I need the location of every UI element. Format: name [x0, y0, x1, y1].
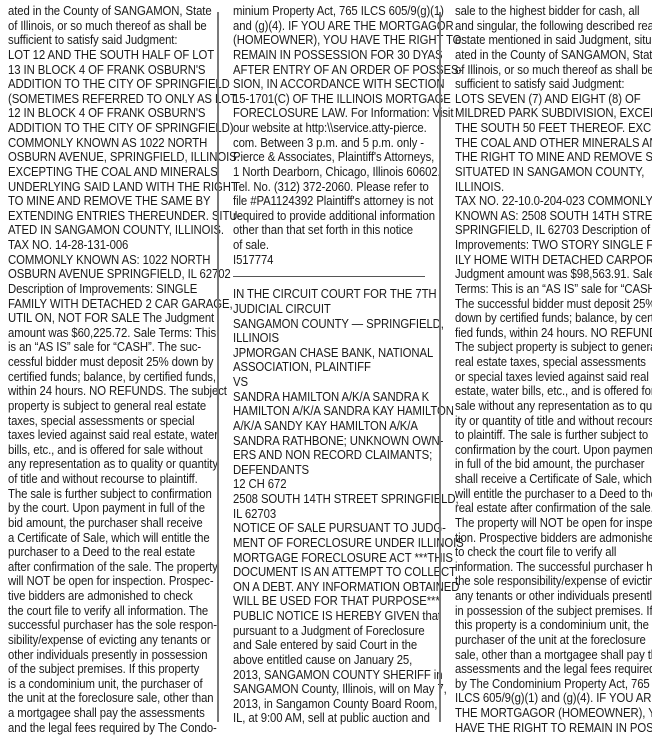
text-line: sufficient to satisfy said Judgment: — [8, 33, 184, 48]
text-line: 1 North Dearborn, Chicago, Illinois 6060… — [233, 165, 409, 180]
text-line: Improvements: TWO STORY SINGLE FAM- — [455, 238, 631, 253]
text-line: HAVE THE RIGHT TO REMAIN IN POSSES- — [455, 721, 631, 736]
text-line: is an “AS IS” sale for “CASH”. The suc- — [8, 340, 184, 355]
text-line: IL, at 9:00 AM, sell at public auction a… — [233, 711, 409, 726]
text-line: 13 IN BLOCK 4 OF FRANK OSBURN'S — [8, 63, 184, 78]
text-line: bills, etc., and is offered for sale wit… — [8, 443, 184, 458]
text-line: tion. Prospective bidders are admonished — [455, 531, 631, 546]
text-line: MENT OF FORECLOSURE UNDER ILLINOIS — [233, 536, 409, 551]
text-line: other than that set forth in this notice — [233, 223, 409, 238]
text-line: above entitled cause on January 25, — [233, 653, 409, 668]
text-line: A/K/A SANDY KAY HAMILTON A/K/A — [233, 419, 409, 434]
text-line: ILLINOIS. — [455, 180, 631, 195]
text-line: a mortgagee shall pay the assessments — [8, 706, 184, 721]
text-line: THE COAL AND OTHER MINERALS AND — [455, 136, 631, 151]
text-line: by The Condominium Property Act, 765 — [455, 677, 631, 692]
text-line: the court file to verify all information… — [8, 604, 184, 619]
text-line: JPMORGAN CHASE BANK, NATIONAL — [233, 346, 409, 361]
text-line: sibility/expense of evicting any tenants… — [8, 633, 184, 648]
text-line: is a condominium unit, the purchaser of — [8, 677, 184, 692]
text-line: Terms: This is an “AS IS” sale for “CASH… — [455, 282, 631, 297]
text-line: required to provide additional informati… — [233, 209, 409, 224]
text-line: The property will NOT be open for inspec… — [455, 516, 631, 531]
text-line: ATED IN SANGAMON COUNTY, ILLINOIS. — [8, 223, 184, 238]
text-line: taxes levied against said real estate, w… — [8, 428, 184, 443]
text-line: sale to the highest bidder for cash, all — [455, 4, 631, 19]
text-line: any representation as to quality or quan… — [8, 457, 184, 472]
text-line: Description of Improvements: SINGLE — [8, 282, 184, 297]
text-line: The successful bidder must deposit 25% — [455, 297, 631, 312]
text-line: will NOT be open for inspection. Prospec… — [8, 574, 184, 589]
text-line: Pierce & Associates, Plaintiff's Attorne… — [233, 150, 409, 165]
text-line: OSBURN AVENUE, SPRINGFIELD, ILLINOIS. — [8, 150, 184, 165]
text-line: shall receive a Certificate of Sale, whi… — [455, 472, 631, 487]
text-line: amount was $60,225.72. Sale Terms: This — [8, 326, 184, 341]
text-line: ated in the County of SANGAMON, State — [455, 48, 631, 63]
text-line: SANGAMON COUNTY — SPRINGFIELD, — [233, 317, 409, 332]
text-line: ERS AND NON RECORD CLAIMANTS; — [233, 448, 409, 463]
text-line: IN THE CIRCUIT COURT FOR THE 7TH — [233, 287, 409, 302]
text-line: will entitle the purchaser to a Deed to … — [455, 487, 631, 502]
column-2: minium Property Act, 765 ILCS 605/9(g)(1… — [233, 4, 438, 726]
text-line: real estate taxes, special assessments — [455, 355, 631, 370]
text-line: real estate after confirmation of the sa… — [455, 501, 631, 516]
text-line: NOTICE OF SALE PURSUANT TO JUDG- — [233, 521, 409, 536]
text-line: SITUATED IN SANGAMON COUNTY, — [455, 165, 631, 180]
text-line: a Certificate of Sale, which will entitl… — [8, 531, 184, 546]
text-line: IL 62703 — [233, 507, 409, 522]
text-line: DOCUMENT IS AN ATTEMPT TO COLLECT — [233, 565, 409, 580]
text-line: FAMILY WITH DETACHED 2 CAR GARAGE, — [8, 297, 184, 312]
text-line: 2508 SOUTH 14TH STREET SPRINGFIELD, — [233, 492, 409, 507]
text-line: Tel. No. (312) 372-2060. Please refer to — [233, 180, 409, 195]
text-line: ASSOCIATION, PLAINTIFF — [233, 360, 409, 375]
text-line: VS — [233, 375, 409, 390]
text-line: ated in the County of SANGAMON, State — [8, 4, 184, 19]
text-line: The sale is further subject to confirmat… — [8, 487, 184, 502]
text-line: taxes, special assessments or special — [8, 414, 184, 429]
text-line: I517774 — [233, 253, 409, 268]
text-line: bid amount, the purchaser shall receive — [8, 516, 184, 531]
text-line: cessful bidder must deposit 25% down by — [8, 355, 184, 370]
text-line: MORTGAGE FORECLOSURE ACT ***THIS — [233, 551, 409, 566]
text-line: ON A DEBT. ANY INFORMATION OBTAINED — [233, 580, 409, 595]
text-line: TO MINE AND REMOVE THE SAME BY — [8, 194, 184, 209]
text-line: of sale. — [233, 238, 409, 253]
text-line: SANDRA RATHBONE; UNKNOWN OWN- — [233, 434, 409, 449]
text-line: or special taxes levied against said rea… — [455, 370, 631, 385]
text-line: any tenants or other individuals present… — [455, 589, 631, 604]
text-line: in possession of the subject premises. I… — [455, 604, 631, 619]
text-line: ILY HOME WITH DETACHED CARPORT. The — [455, 253, 631, 268]
text-line: the unit at the foreclosure sale, other … — [8, 691, 184, 706]
text-line: of Illinois, or so much thereof as shall… — [8, 19, 184, 34]
text-line: (HOMEOWNER), YOU HAVE THE RIGHT TO — [233, 33, 409, 48]
text-line: LOT 12 AND THE SOUTH HALF OF LOT — [8, 48, 184, 63]
text-line: information. The successful purchaser ha… — [455, 560, 631, 575]
text-line: SPRINGFIELD, IL 62703 Description of — [455, 223, 631, 238]
text-line: 2013, SANGAMON COUNTY SHERIFF in — [233, 668, 409, 683]
text-line: 15-1701(C) OF THE ILLINOIS MORTGAGE — [233, 92, 409, 107]
text-line: assessments and the legal fees required — [455, 662, 631, 677]
column-3: sale to the highest bidder for cash, all… — [455, 4, 652, 735]
text-line: PUBLIC NOTICE IS HEREBY GIVEN that — [233, 609, 409, 624]
text-line: within 24 hours. NO REFUNDS. The subject — [8, 384, 184, 399]
text-line: UNDERLYING SAID LAND WITH THE RIGHT — [8, 180, 184, 195]
text-line: ity or quantity of title and without rec… — [455, 414, 631, 429]
text-line: purchaser to a Deed to the real estate — [8, 545, 184, 560]
text-line: of Illinois, or so much thereof as shall… — [455, 63, 631, 78]
text-line: THE SOUTH 50 FEET THEREOF. EXCEPT — [455, 121, 631, 136]
text-line: JUDICIAL CIRCUIT — [233, 302, 409, 317]
text-line: (SOMETIMES REFERRED TO ONLY AS LOT — [8, 92, 184, 107]
text-line: THE MORTGAGOR (HOMEOWNER), YOU — [455, 706, 631, 721]
text-line: and the legal fees required by The Condo… — [8, 721, 184, 736]
text-line: other individuals presently in possessio… — [8, 648, 184, 663]
text-line: COMMONLY KNOWN AS: 1022 NORTH — [8, 253, 184, 268]
text-line: pursuant to a Judgment of Foreclosure — [233, 624, 409, 639]
text-line: SANGAMON County, Illinois, will on May 7… — [233, 682, 409, 697]
text-line: 2013, in Sangamon County Board Room, — [233, 697, 409, 712]
text-line: certified funds; balance, by certified f… — [8, 370, 184, 385]
text-line: estate mentioned in said Judgment, situ- — [455, 33, 631, 48]
text-line: SION, IN ACCORDANCE WITH SECTION — [233, 77, 409, 92]
text-line: COMMONLY KNOWN AS 1022 NORTH — [8, 136, 184, 151]
text-line: our website at http:\\service.atty-pierc… — [233, 121, 409, 136]
text-line: file #PA1124392 Plaintiff's attorney is … — [233, 194, 409, 209]
text-line: tive bidders are admonished to check — [8, 589, 184, 604]
text-line: TAX NO. 22-10.0-204-023 COMMONLY — [455, 194, 631, 209]
notice-separator-rule — [233, 276, 425, 277]
text-line: ILLINOIS — [233, 331, 409, 346]
text-line: and Sale entered by said Court in the — [233, 638, 409, 653]
legal-notices-page: ated in the County of SANGAMON, Stateof … — [0, 0, 652, 740]
text-line: of the subject premises. If this propert… — [8, 662, 184, 677]
text-line: ADDITION TO THE CITY OF SPRINGFIELD) — [8, 121, 184, 136]
text-line: WILL BE USED FOR THAT PURPOSE*** — [233, 594, 409, 609]
text-line: REMAIN IN POSSESSION FOR 30 DYAS — [233, 48, 409, 63]
text-line: sufficient to satisfy said Judgment: — [455, 77, 631, 92]
text-line: the sole responsibility/expense of evict… — [455, 574, 631, 589]
text-line: estate, water bills, etc., and is offere… — [455, 384, 631, 399]
column-1: ated in the County of SANGAMON, Stateof … — [8, 4, 213, 735]
text-line: and singular, the following described re… — [455, 19, 631, 34]
text-line: by the court. Upon payment in full of th… — [8, 501, 184, 516]
text-line: down by certified funds; balance, by cer… — [455, 311, 631, 326]
text-line: fied funds, within 24 hours. NO REFUNDS. — [455, 326, 631, 341]
text-line: OSBURN AVENUE SPRINGFIELD, IL 62702 — [8, 267, 184, 282]
text-line: TAX NO. 14-28-131-006 — [8, 238, 184, 253]
text-line: to plaintiff. The sale is further subjec… — [455, 428, 631, 443]
text-line: 12 CH 672 — [233, 477, 409, 492]
text-line: sale without any representation as to qu… — [455, 399, 631, 414]
column-divider-2 — [439, 12, 441, 722]
text-line: ILCS 605/9(g)(1) and (g)(4). IF YOU ARE — [455, 691, 631, 706]
text-line: UTIL ON, NOT FOR SALE The Judgment — [8, 311, 184, 326]
text-line: LOTS SEVEN (7) AND EIGHT (8) OF — [455, 92, 631, 107]
text-line: HAMILTON A/K/A SANDRA KAY HAMILTON — [233, 404, 409, 419]
text-line: this property is a condominium unit, the — [455, 618, 631, 633]
text-line: KNOWN AS: 2508 SOUTH 14TH STREET — [455, 209, 631, 224]
text-line: sale, other than a mortgagee shall pay t… — [455, 648, 631, 663]
text-line: MILDRED PARK SUBDIVISION, EXCEPT — [455, 106, 631, 121]
text-line: in full of the bid amount, the purchaser — [455, 457, 631, 472]
text-line: EXCEPTING THE COAL AND MINERALS — [8, 165, 184, 180]
text-line: purchaser of the unit at the foreclosure — [455, 633, 631, 648]
column-divider-1 — [217, 12, 219, 722]
text-line: com. Between 3 p.m. and 5 p.m. only - — [233, 136, 409, 151]
text-line: FORECLOSURE LAW. For Information: Visit — [233, 106, 409, 121]
text-line: of title and without recourse to plainti… — [8, 472, 184, 487]
notice-circuit-court-jpmorgan: IN THE CIRCUIT COURT FOR THE 7THJUDICIAL… — [233, 287, 438, 726]
text-line: property is subject to general real esta… — [8, 399, 184, 414]
text-line: successful purchaser has the sole respon… — [8, 618, 184, 633]
text-line: confirmation by the court. Upon payment — [455, 443, 631, 458]
text-line: SANDRA HAMILTON A/K/A SANDRA K — [233, 390, 409, 405]
text-line: AFTER ENTRY OF AN ORDER OF POSSES- — [233, 63, 409, 78]
text-line: to check the court file to verify all — [455, 545, 631, 560]
text-line: 12 IN BLOCK 4 OF FRANK OSBURN'S — [8, 106, 184, 121]
text-line: and (g)(4). IF YOU ARE THE MORTGAGOR — [233, 19, 409, 34]
text-line: minium Property Act, 765 ILCS 605/9(g)(1… — [233, 4, 409, 19]
notice-continuation: minium Property Act, 765 ILCS 605/9(g)(1… — [233, 4, 438, 267]
text-line: THE RIGHT TO MINE AND REMOVE SAME. — [455, 150, 631, 165]
text-line: The subject property is subject to gener… — [455, 340, 631, 355]
text-line: after confirmation of the sale. The prop… — [8, 560, 184, 575]
text-line: Judgment amount was $98,563.91. Sale — [455, 267, 631, 282]
text-line: DEFENDANTS — [233, 463, 409, 478]
text-line: ADDITION TO THE CITY OF SPRINGFIELD — [8, 77, 184, 92]
text-line: EXTENDING ENTRIES THEREUNDER. SITU- — [8, 209, 184, 224]
